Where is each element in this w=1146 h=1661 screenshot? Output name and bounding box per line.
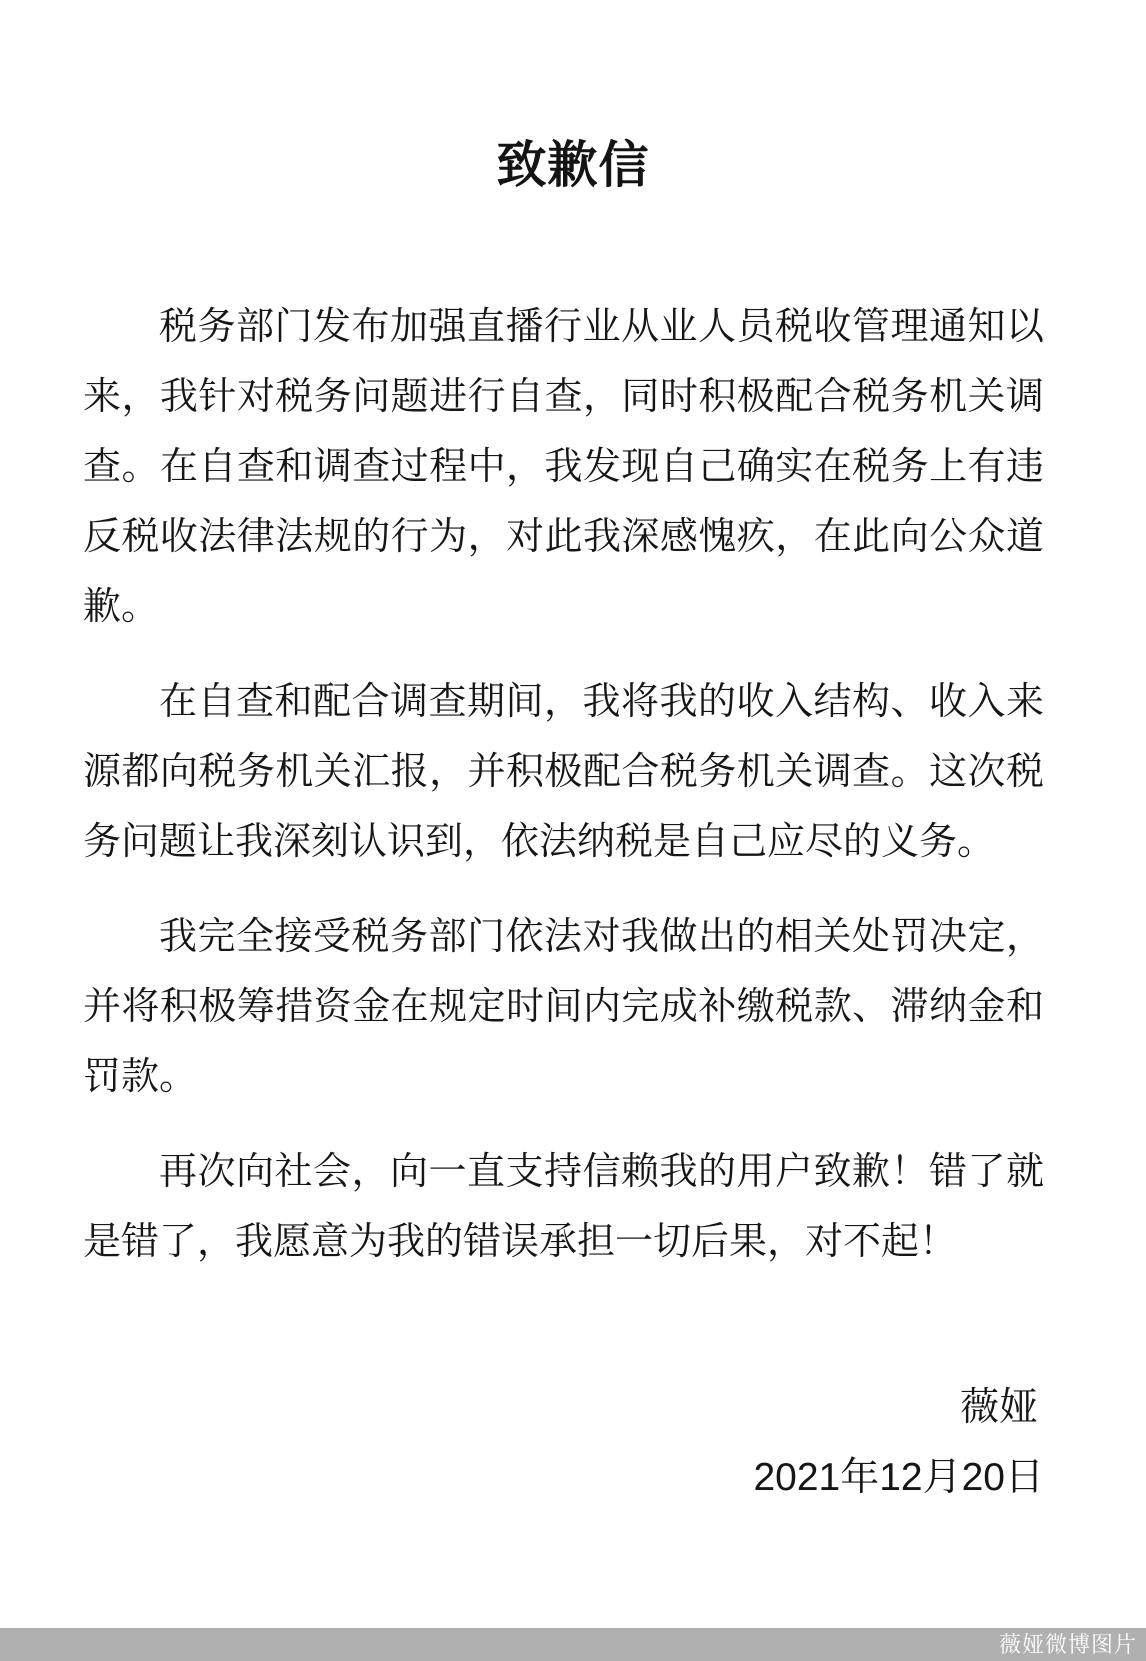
letter-paragraph-3: 我完全接受税务部门依法对我做出的相关处罚决定，并将积极筹措资金在规定时间内完成补… — [83, 902, 1044, 1112]
letter-title: 致歉信 — [0, 120, 1146, 210]
signature-date: 2021年12月20日 — [0, 1443, 1044, 1513]
signature-block: 薇娅 2021年12月20日 — [0, 1373, 1146, 1513]
signature-name: 薇娅 — [0, 1373, 1044, 1443]
letter-paragraph-4: 再次向社会，向一直支持信赖我的用户致歉！错了就是错了，我愿意为我的错误承担一切后… — [83, 1137, 1044, 1277]
letter-paragraph-1: 税务部门发布加强直播行业从业人员税收管理通知以来，我针对税务问题进行自查，同时积… — [83, 292, 1044, 642]
letter-body: 税务部门发布加强直播行业从业人员税收管理通知以来，我针对税务问题进行自查，同时积… — [0, 292, 1146, 1277]
apology-letter-page: 致歉信 税务部门发布加强直播行业从业人员税收管理通知以来，我针对税务问题进行自查… — [0, 0, 1146, 1661]
watermark-bar: 薇娅微博图片 — [0, 1628, 1146, 1661]
watermark-text: 薇娅微博图片 — [999, 1628, 1146, 1661]
letter-paragraph-2: 在自查和配合调查期间，我将我的收入结构、收入来源都向税务机关汇报，并积极配合税务… — [83, 667, 1044, 877]
